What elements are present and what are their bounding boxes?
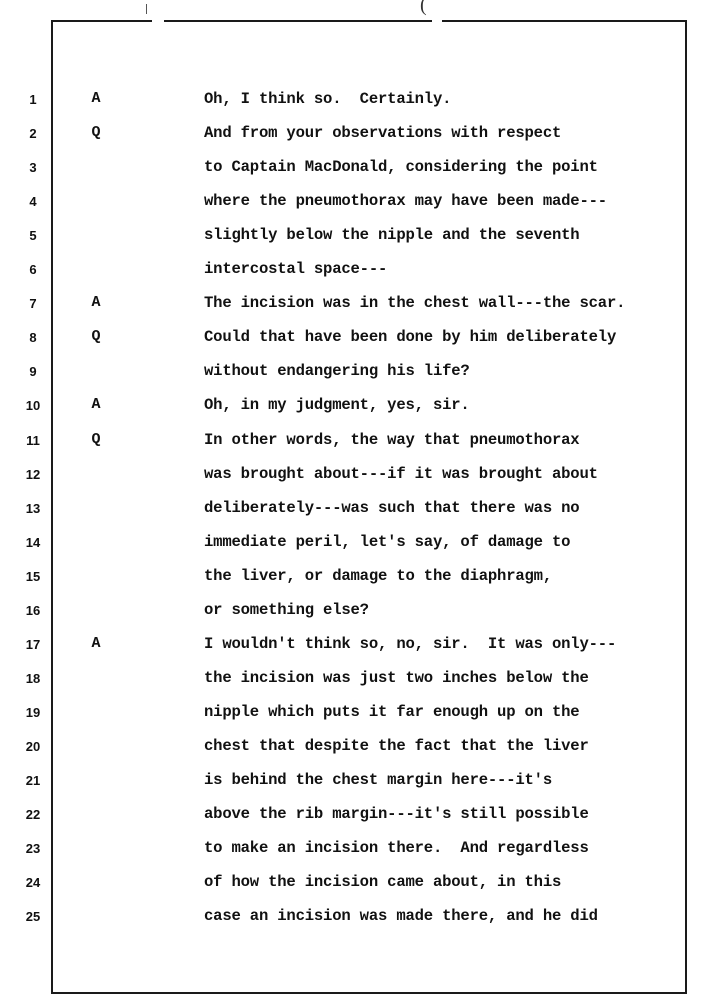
line-number: 15 [22,569,44,584]
line-number: 18 [22,671,44,686]
transcript-line: 18the incision was just two inches below… [0,663,720,697]
speaker-label: Q [88,328,104,345]
line-number: 20 [22,739,44,754]
line-number: 24 [22,875,44,890]
transcript-line: 11QIn other words, the way that pneumoth… [0,425,720,459]
line-number: 7 [22,296,44,311]
transcript-line: 16or something else? [0,595,720,629]
line-text: or something else? [204,601,369,619]
transcript-line: 22above the rib margin---it's still poss… [0,799,720,833]
line-number: 21 [22,773,44,788]
line-number: 9 [22,364,44,379]
line-text: Oh, in my judgment, yes, sir. [204,396,470,414]
line-text: to Captain MacDonald, considering the po… [204,158,598,176]
line-text: intercostal space--- [204,260,387,278]
line-text: to make an incision there. And regardles… [204,839,589,857]
transcript-line: 20chest that despite the fact that the l… [0,731,720,765]
line-number: 19 [22,705,44,720]
line-number: 17 [22,637,44,652]
line-text: immediate peril, let's say, of damage to [204,533,570,551]
transcript-line: 15the liver, or damage to the diaphragm, [0,561,720,595]
transcript-line: 21is behind the chest margin here---it's [0,765,720,799]
line-number: 10 [22,398,44,413]
line-text: slightly below the nipple and the sevent… [204,226,579,244]
transcript-line: 10AOh, in my judgment, yes, sir. [0,390,720,424]
transcript-line: 23to make an incision there. And regardl… [0,833,720,867]
line-text: was brought about---if it was brought ab… [204,465,598,483]
line-number: 16 [22,603,44,618]
transcript-line: 17AI wouldn't think so, no, sir. It was … [0,629,720,663]
transcript-line: 14immediate peril, let's say, of damage … [0,527,720,561]
line-text: is behind the chest margin here---it's [204,771,552,789]
line-text: nipple which puts it far enough up on th… [204,703,579,721]
transcript-line: 13deliberately---was such that there was… [0,493,720,527]
line-text: deliberately---was such that there was n… [204,499,579,517]
line-number: 23 [22,841,44,856]
transcript-line: 19nipple which puts it far enough up on … [0,697,720,731]
transcript-line: 4where the pneumothorax may have been ma… [0,186,720,220]
border-gap [432,18,442,23]
line-text: where the pneumothorax may have been mad… [204,192,607,210]
transcript-line: 1AOh, I think so. Certainly. [0,84,720,118]
transcript-line: 8QCould that have been done by him delib… [0,322,720,356]
transcript-line: 12was brought about---if it was brought … [0,459,720,493]
line-text: of how the incision came about, in this [204,873,561,891]
line-text: case an incision was made there, and he … [204,907,598,925]
line-number: 22 [22,807,44,822]
transcript-line: 6intercostal space--- [0,254,720,288]
line-number: 2 [22,126,44,141]
line-number: 12 [22,467,44,482]
line-number: 4 [22,194,44,209]
speaker-label: Q [88,431,104,448]
transcript-line: 9without endangering his life? [0,356,720,390]
line-text: chest that despite the fact that the liv… [204,737,589,755]
line-text: The incision was in the chest wall---the… [204,294,625,312]
scan-mark [146,4,147,14]
line-number: 11 [22,433,44,448]
line-text: Oh, I think so. Certainly. [204,90,451,108]
transcript-line: 5slightly below the nipple and the seven… [0,220,720,254]
line-text: In other words, the way that pneumothora… [204,431,579,449]
line-text: without endangering his life? [204,362,470,380]
line-text: the liver, or damage to the diaphragm, [204,567,552,585]
speaker-label: A [88,90,104,107]
line-text: And from your observations with respect [204,124,561,142]
line-number: 14 [22,535,44,550]
border-gap [152,18,164,23]
line-number: 25 [22,909,44,924]
speaker-label: A [88,294,104,311]
line-text: above the rib margin---it's still possib… [204,805,589,823]
transcript-line: 2QAnd from your observations with respec… [0,118,720,152]
line-text: the incision was just two inches below t… [204,669,589,687]
transcript-line: 7AThe incision was in the chest wall---t… [0,288,720,322]
speaker-label: A [88,635,104,652]
line-number: 6 [22,262,44,277]
transcript-line: 3to Captain MacDonald, considering the p… [0,152,720,186]
line-number: 13 [22,501,44,516]
line-text: I wouldn't think so, no, sir. It was onl… [204,635,616,653]
speaker-label: A [88,396,104,413]
transcript-line: 25case an incision was made there, and h… [0,901,720,935]
line-number: 5 [22,228,44,243]
scan-mark-paren: ( [420,0,427,17]
line-text: Could that have been done by him deliber… [204,328,616,346]
speaker-label: Q [88,124,104,141]
transcript-line: 24of how the incision came about, in thi… [0,867,720,901]
line-number: 3 [22,160,44,175]
line-number: 1 [22,92,44,107]
line-number: 8 [22,330,44,345]
